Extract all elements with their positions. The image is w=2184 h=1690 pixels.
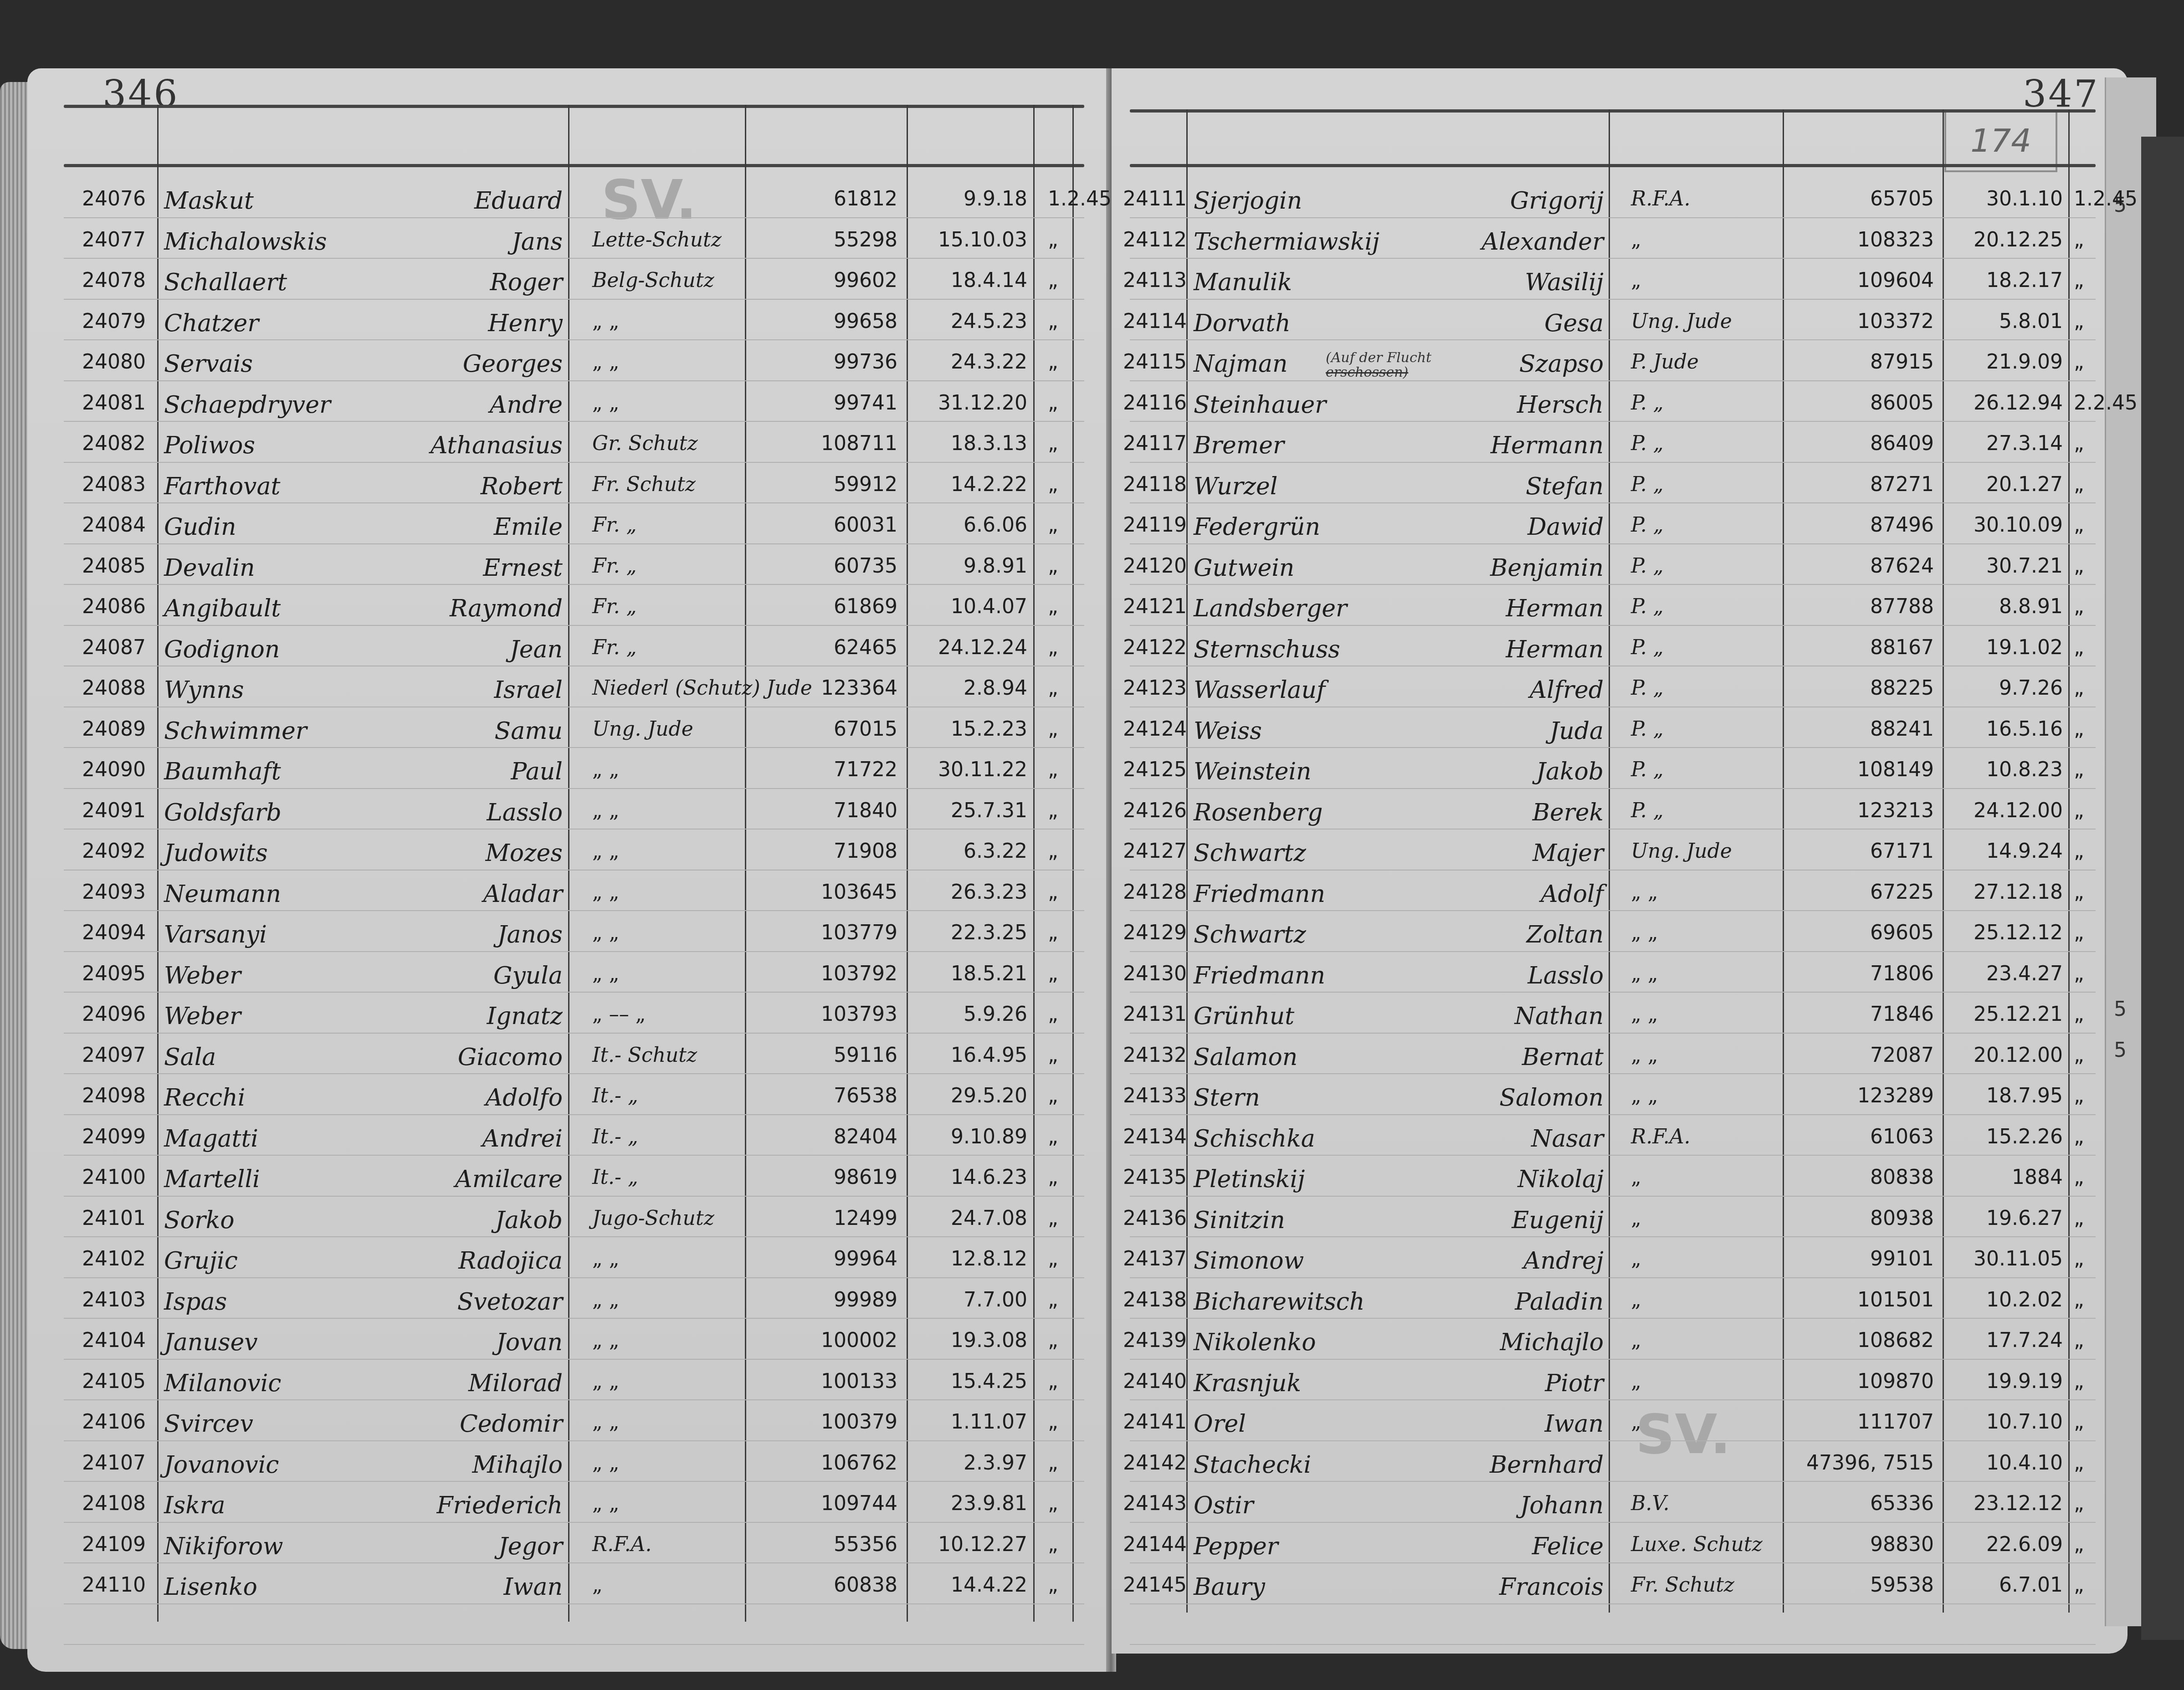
- cell-surname: Simonow: [1194, 1249, 1304, 1273]
- cell-first: Emile: [494, 515, 563, 539]
- cell-first: Hermann: [1491, 434, 1604, 457]
- right-ruled-line: [1130, 1481, 2096, 1482]
- cell-prisoner-no: 67225: [1870, 882, 1934, 902]
- cell-category: P. „: [1631, 719, 1663, 739]
- cell-date: „: [1048, 1004, 1058, 1024]
- cell-date: „: [1048, 923, 1058, 943]
- cell-prisoner-no: 86005: [1870, 393, 1934, 413]
- cell-birth: 5.9.26: [964, 1004, 1027, 1024]
- cell-no: 24096: [82, 1004, 146, 1024]
- cell-date: „: [1048, 678, 1058, 698]
- cell-no: 24122: [1123, 638, 1187, 658]
- cell-category: Lette-Schutz: [592, 230, 722, 250]
- cell-prisoner-no: 88225: [1870, 678, 1934, 698]
- cell-date: „: [2074, 1290, 2084, 1310]
- cell-first: Grigorij: [1510, 189, 1604, 213]
- cell-surname: Bremer: [1194, 434, 1284, 457]
- cell-no: 24091: [82, 801, 146, 821]
- cell-date: „: [1048, 1535, 1058, 1555]
- left-column-divider: [745, 105, 746, 1622]
- cell-no: 24081: [82, 393, 146, 413]
- cell-birth: 14.4.22: [951, 1575, 1027, 1595]
- cell-category: „ „: [592, 1290, 620, 1310]
- cell-first: Benjamin: [1490, 556, 1604, 580]
- cell-date: „: [2074, 475, 2084, 495]
- cell-no: 24102: [82, 1249, 146, 1269]
- cell-prisoner-no: 82404: [834, 1127, 897, 1147]
- cell-birth: 10.8.23: [1986, 760, 2063, 780]
- cell-surname: Angibault: [164, 597, 281, 620]
- right-ruled-line: [1130, 584, 2096, 585]
- right-ruled-line: [1130, 870, 2096, 871]
- cell-first: Henry: [488, 312, 563, 335]
- cell-birth: 1.11.07: [951, 1412, 1027, 1432]
- cell-no: 24094: [82, 923, 146, 943]
- cell-category: „ „: [592, 1249, 620, 1269]
- cell-surname: Farthovat: [164, 475, 280, 498]
- cell-date: „: [2074, 434, 2084, 454]
- cell-first: Mozes: [486, 841, 563, 865]
- cell-birth: 16.5.16: [1986, 719, 2063, 739]
- cell-surname: Sjerjogin: [1194, 189, 1302, 213]
- cell-no: 24108: [82, 1494, 146, 1514]
- left-header-bottom-rule: [64, 164, 1084, 167]
- cell-birth: 6.6.06: [964, 515, 1027, 535]
- cell-surname: Baury: [1194, 1575, 1265, 1599]
- left-ruled-line: [64, 870, 1084, 871]
- left-ruled-line: [64, 1440, 1084, 1441]
- cell-birth: 30.11.22: [938, 760, 1027, 780]
- cell-no: 24095: [82, 964, 146, 984]
- cell-prisoner-no: 65705: [1870, 189, 1934, 209]
- left-ruled-line: [64, 502, 1084, 503]
- cell-category: Jugo-Schutz: [592, 1209, 714, 1229]
- right-ruled-line: [1130, 1236, 2096, 1237]
- cell-no: 24140: [1123, 1372, 1187, 1392]
- cell-surname: Jovanovic: [164, 1453, 279, 1477]
- right-column-divider: [1783, 109, 1784, 1613]
- cell-first: Gesa: [1544, 312, 1604, 335]
- cell-surname: Servais: [164, 352, 253, 376]
- cell-birth: 2.3.97: [964, 1453, 1027, 1473]
- cell-first: Ignatz: [487, 1004, 563, 1028]
- cell-surname: Schallaert: [164, 271, 287, 294]
- cell-no: 24080: [82, 352, 146, 372]
- cell-date: „: [2074, 1004, 2084, 1024]
- right-ruled-line: [1130, 707, 2096, 707]
- boxed-folio-number: 174: [1944, 109, 2057, 172]
- cell-date: „: [2074, 638, 2084, 658]
- cell-prisoner-no: 67015: [834, 719, 897, 739]
- cell-prisoner-no: 99964: [834, 1249, 897, 1269]
- cell-first: Eugenij: [1512, 1209, 1604, 1232]
- cell-first: Eduard: [474, 189, 563, 213]
- cell-no: 24092: [82, 841, 146, 861]
- cell-date: „: [2074, 719, 2084, 739]
- cell-date: „: [1048, 271, 1058, 291]
- cell-birth: 19.1.02: [1986, 638, 2063, 658]
- cell-no: 24129: [1123, 923, 1187, 943]
- cell-first: Mihajlo: [472, 1453, 563, 1477]
- cell-surname: Weber: [164, 1004, 241, 1028]
- cell-date: 1.2.45: [1048, 189, 1112, 209]
- cell-category: „ „: [592, 841, 620, 861]
- cell-surname: Manulik: [1194, 271, 1292, 294]
- cell-first: Piotr: [1545, 1372, 1604, 1395]
- right-ruled-line: [1130, 1033, 2096, 1034]
- left-ruled-line: [64, 707, 1084, 707]
- cell-no: 24139: [1123, 1331, 1187, 1351]
- cell-category: Ung. Jude: [1631, 312, 1732, 332]
- cell-first: Majer: [1533, 841, 1604, 865]
- cell-first: Hersch: [1517, 393, 1604, 417]
- cell-prisoner-no: 61812: [834, 189, 897, 209]
- left-ruled-line: [64, 380, 1084, 381]
- cell-birth: 18.3.13: [951, 434, 1027, 454]
- cell-prisoner-no: 123289: [1857, 1086, 1934, 1106]
- cell-prisoner-no: 60031: [834, 515, 897, 535]
- cell-birth: 6.3.22: [964, 841, 1027, 861]
- cell-category: „ „: [592, 760, 620, 780]
- cell-birth: 24.12.24: [938, 638, 1027, 658]
- cell-prisoner-no: 106762: [821, 1453, 897, 1473]
- cell-first: Berek: [1533, 801, 1604, 825]
- right-ruled-line: [1130, 1522, 2096, 1523]
- cell-prisoner-no: 86409: [1870, 434, 1934, 454]
- cell-date: „: [2074, 964, 2084, 984]
- cell-prisoner-no: 98830: [1870, 1535, 1934, 1555]
- cell-surname: Salamon: [1194, 1045, 1297, 1069]
- cell-surname: Rosenberg: [1194, 801, 1323, 825]
- cell-no: 24120: [1123, 556, 1187, 576]
- cell-first: Paladin: [1515, 1290, 1604, 1314]
- cell-surname: Neumann: [164, 882, 281, 906]
- cell-birth: 23.12.12: [1974, 1494, 2063, 1514]
- cell-prisoner-no: 71908: [834, 841, 897, 861]
- cell-no: 24079: [82, 312, 146, 332]
- cell-prisoner-no: 71722: [834, 760, 897, 780]
- cell-category: „ „: [1631, 1086, 1658, 1106]
- cell-no: 24135: [1123, 1168, 1187, 1188]
- left-column-divider: [1033, 105, 1035, 1622]
- cell-first: Jakob: [1536, 760, 1604, 784]
- cell-category: „: [1631, 1290, 1641, 1310]
- right-ruled-line: [1130, 1155, 2096, 1156]
- cell-surname: Iskra: [164, 1494, 226, 1517]
- annotation-line-1: (Auf der Flucht: [1326, 351, 1431, 365]
- cell-date: „: [1048, 1453, 1058, 1473]
- cell-first: Friederich: [436, 1494, 563, 1517]
- cell-surname: Schaepdryver: [164, 393, 331, 417]
- cell-birth: 10.4.07: [951, 597, 1027, 617]
- cell-birth: 30.10.09: [1974, 515, 2063, 535]
- cell-first: Iwan: [1544, 1412, 1604, 1436]
- cell-prisoner-no: 47396, 7515: [1806, 1453, 1934, 1473]
- cell-category: Gr. Schutz: [592, 434, 698, 454]
- right-column-divider: [1943, 109, 1944, 1613]
- left-ruled-line: [64, 992, 1084, 993]
- cell-first: Lasslo: [487, 801, 563, 825]
- cell-date: „: [1048, 882, 1058, 902]
- cell-birth: 6.7.01: [1999, 1575, 2063, 1595]
- cell-prisoner-no: 100379: [821, 1412, 897, 1432]
- left-ruled-line: [64, 421, 1084, 422]
- cell-category: „ „: [592, 352, 620, 372]
- right-ruled-line: [1130, 339, 2096, 340]
- cell-category: P. „: [1631, 760, 1663, 780]
- cell-no: 24086: [82, 597, 146, 617]
- cell-category: „ „: [592, 1494, 620, 1514]
- cell-first: Bernhard: [1490, 1453, 1604, 1477]
- cell-prisoner-no: 67171: [1870, 841, 1934, 861]
- cell-no: 24143: [1123, 1494, 1187, 1514]
- cell-first: Francois: [1499, 1575, 1604, 1599]
- left-column-divider: [1072, 105, 1074, 1622]
- cell-birth: 2.8.94: [964, 678, 1027, 698]
- cell-date: „: [2074, 1575, 2084, 1595]
- cell-surname: Stachecki: [1194, 1453, 1311, 1477]
- cell-first: Jegor: [498, 1535, 563, 1558]
- cell-prisoner-no: 108323: [1857, 230, 1934, 250]
- cell-no: 24127: [1123, 841, 1187, 861]
- cell-category: P. „: [1631, 393, 1663, 413]
- cell-birth: 31.12.20: [938, 393, 1027, 413]
- cell-date: „: [2074, 515, 2084, 535]
- cell-date: „: [1048, 1575, 1058, 1595]
- left-ruled-line: [64, 1033, 1084, 1034]
- cell-prisoner-no: 100133: [821, 1372, 897, 1392]
- cell-surname: Dorvath: [1194, 312, 1291, 335]
- cell-first: Andre: [490, 393, 563, 417]
- cell-category: „: [1631, 1331, 1641, 1351]
- cell-date: „: [1048, 638, 1058, 658]
- right-ruled-line: [1130, 1318, 2096, 1319]
- cell-first: Michajlo: [1500, 1331, 1604, 1354]
- cell-birth: 26.12.94: [1974, 393, 2063, 413]
- cell-first: Andrej: [1523, 1249, 1604, 1273]
- cell-first: Wasilij: [1525, 271, 1604, 294]
- cell-surname: Weber: [164, 964, 241, 988]
- cell-no: 24099: [82, 1127, 146, 1147]
- cell-first: Szapso: [1519, 352, 1604, 376]
- cell-birth: 14.6.23: [951, 1168, 1027, 1188]
- left-ruled-line: [64, 1481, 1084, 1482]
- cell-no: 24088: [82, 678, 146, 698]
- cell-birth: 30.7.21: [1986, 556, 2063, 576]
- cell-no: 24142: [1123, 1453, 1187, 1473]
- cell-no: 24113: [1123, 271, 1187, 291]
- cell-birth: 23.9.81: [951, 1494, 1027, 1514]
- cell-first: Nasar: [1531, 1127, 1604, 1151]
- cell-no: 24130: [1123, 964, 1187, 984]
- cell-category: „ „: [592, 801, 620, 821]
- cell-no: 24131: [1123, 1004, 1187, 1024]
- cell-surname: Landsberger: [1194, 597, 1347, 620]
- cell-category: B.V.: [1631, 1494, 1669, 1514]
- cell-surname: Wasserlauf: [1194, 678, 1325, 702]
- sv-stamp-right: SV.: [1635, 1403, 1731, 1466]
- cell-no: 24117: [1123, 434, 1187, 454]
- cell-no: 24138: [1123, 1290, 1187, 1310]
- cell-surname: Orel: [1194, 1412, 1246, 1436]
- cell-category: Fr. „: [592, 515, 637, 535]
- cell-no: 24123: [1123, 678, 1187, 698]
- cell-category: „ „: [592, 1331, 620, 1351]
- cell-no: 24087: [82, 638, 146, 658]
- cell-surname: Godignon: [164, 638, 280, 661]
- cell-prisoner-no: 60735: [834, 556, 897, 576]
- cell-date: „: [2074, 1045, 2084, 1065]
- cell-surname: Martelli: [164, 1168, 260, 1191]
- right-ruled-line: [1130, 1277, 2096, 1278]
- cell-date: „: [2074, 1372, 2084, 1392]
- left-ruled-line: [64, 258, 1084, 259]
- cell-no: 24084: [82, 515, 146, 535]
- margin-mark: 5: [2114, 998, 2127, 1021]
- cell-date: „: [1048, 719, 1058, 739]
- cell-birth: 10.12.27: [938, 1535, 1027, 1555]
- cell-no: 24144: [1123, 1535, 1187, 1555]
- cell-surname: Goldsfarb: [164, 801, 282, 825]
- left-ruled-line: [64, 584, 1084, 585]
- cell-date: 2.2.45: [2074, 393, 2138, 413]
- cell-surname: Baumhaft: [164, 760, 281, 784]
- cell-category: „ „: [592, 1372, 620, 1392]
- cell-category: R.F.A.: [1631, 189, 1691, 209]
- cell-surname: Bicharewitsch: [1194, 1290, 1364, 1314]
- cell-prisoner-no: 72087: [1870, 1045, 1934, 1065]
- cell-category: „ „: [592, 1412, 620, 1432]
- right-ruled-line: [1130, 380, 2096, 381]
- cell-category: P. „: [1631, 678, 1663, 698]
- cell-surname: Weinstein: [1194, 760, 1312, 784]
- cell-prisoner-no: 123213: [1857, 801, 1934, 821]
- cell-date: „: [2074, 1494, 2084, 1514]
- cell-surname: Friedmann: [1194, 882, 1325, 906]
- cell-date: „: [1048, 1372, 1058, 1392]
- cell-first: Stefan: [1526, 475, 1604, 498]
- cell-date: „: [2074, 841, 2084, 861]
- cell-prisoner-no: 99736: [834, 352, 897, 372]
- cell-surname: Michalowskis: [164, 230, 327, 254]
- cell-category: „: [1631, 1372, 1641, 1392]
- cell-date: „: [2074, 1086, 2084, 1106]
- cell-category: P. „: [1631, 801, 1663, 821]
- cell-prisoner-no: 59116: [834, 1045, 897, 1065]
- cell-surname: Judowits: [164, 841, 268, 865]
- cell-category: „ „: [592, 393, 620, 413]
- cell-no: 24133: [1123, 1086, 1187, 1106]
- cell-prisoner-no: 109744: [821, 1494, 897, 1514]
- cell-no: 24107: [82, 1453, 146, 1473]
- cell-category: P. Jude: [1631, 352, 1699, 372]
- cell-prisoner-no: 55298: [834, 230, 897, 250]
- cell-surname: Tschermiawskij: [1194, 230, 1379, 254]
- cell-date: „: [2074, 597, 2084, 617]
- cell-first: Bernat: [1522, 1045, 1604, 1069]
- cell-date: „: [2074, 1453, 2084, 1473]
- cell-first: Alexander: [1482, 230, 1604, 254]
- cell-prisoner-no: 69605: [1870, 923, 1934, 943]
- cell-birth: 9.8.91: [964, 556, 1027, 576]
- left-ruled-line: [64, 1277, 1084, 1278]
- cell-first: Lasslo: [1528, 964, 1604, 988]
- cell-prisoner-no: 103372: [1857, 312, 1934, 332]
- cell-date: „: [1048, 352, 1058, 372]
- right-header-bottom-rule: [1130, 164, 2096, 167]
- cell-no: 24124: [1123, 719, 1187, 739]
- cell-birth: 1884: [2012, 1168, 2063, 1188]
- cell-category: Fr. „: [592, 597, 637, 617]
- cell-no: 24106: [82, 1412, 146, 1432]
- cell-prisoner-no: 108149: [1857, 760, 1934, 780]
- cell-date: „: [2074, 1209, 2084, 1229]
- cell-surname: Svircev: [164, 1412, 253, 1436]
- cell-surname: Varsanyi: [164, 923, 267, 947]
- book-cover: [2141, 137, 2184, 1640]
- cell-birth: 24.7.08: [951, 1209, 1027, 1229]
- cell-date: „: [2074, 1412, 2084, 1432]
- cell-prisoner-no: 99989: [834, 1290, 897, 1310]
- cell-surname: Lisenko: [164, 1575, 257, 1599]
- cell-category: „ –– „: [592, 1004, 646, 1024]
- cell-prisoner-no: 100002: [821, 1331, 897, 1351]
- cell-category: P. „: [1631, 556, 1663, 576]
- cell-no: 24101: [82, 1209, 146, 1229]
- left-ruled-line: [64, 299, 1084, 300]
- cell-category: Ung. Jude: [1631, 841, 1732, 861]
- cell-surname: Nikiforow: [164, 1535, 283, 1558]
- cell-no: 24114: [1123, 312, 1187, 332]
- cell-first: Adolf: [1541, 882, 1604, 906]
- cell-prisoner-no: 98619: [834, 1168, 897, 1188]
- cell-prisoner-no: 87915: [1870, 352, 1934, 372]
- cell-no: 24116: [1123, 393, 1187, 413]
- sv-stamp-left: SV.: [601, 169, 697, 232]
- cell-no: 24089: [82, 719, 146, 739]
- left-column-divider: [907, 105, 908, 1622]
- cell-birth: 14.9.24: [1986, 841, 2063, 861]
- cell-first: Georges: [463, 352, 563, 376]
- cell-category: „: [1631, 1209, 1641, 1229]
- left-ruled-line: [64, 462, 1084, 463]
- cell-date: „: [2074, 271, 2084, 291]
- cell-surname: Maskut: [164, 189, 254, 213]
- cell-first: Adolfo: [486, 1086, 563, 1110]
- left-ruled-line: [64, 1114, 1084, 1115]
- cell-first: Herman: [1506, 638, 1604, 661]
- cell-first: Cedomir: [460, 1412, 563, 1436]
- cell-prisoner-no: 108682: [1857, 1331, 1934, 1351]
- cell-first: Paul: [511, 760, 563, 784]
- cell-birth: 18.5.21: [951, 964, 1027, 984]
- cell-category: Fr. Schutz: [592, 475, 696, 495]
- cell-prisoner-no: 55356: [834, 1535, 897, 1555]
- cell-surname: Milanovic: [164, 1372, 281, 1395]
- cell-birth: 18.4.14: [951, 271, 1027, 291]
- cell-no: 24093: [82, 882, 146, 902]
- cell-no: 24134: [1123, 1127, 1187, 1147]
- cell-category: R.F.A.: [1631, 1127, 1691, 1147]
- right-ruled-line: [1130, 462, 2096, 463]
- cell-date: „: [1048, 1494, 1058, 1514]
- cell-category: It.- „: [592, 1168, 638, 1188]
- cell-category: „: [1631, 1249, 1641, 1269]
- cell-surname: Schwimmer: [164, 719, 307, 743]
- cell-surname: Sinitzin: [1194, 1209, 1285, 1232]
- cell-birth: 21.9.09: [1986, 352, 2063, 372]
- cell-date: „: [1048, 230, 1058, 250]
